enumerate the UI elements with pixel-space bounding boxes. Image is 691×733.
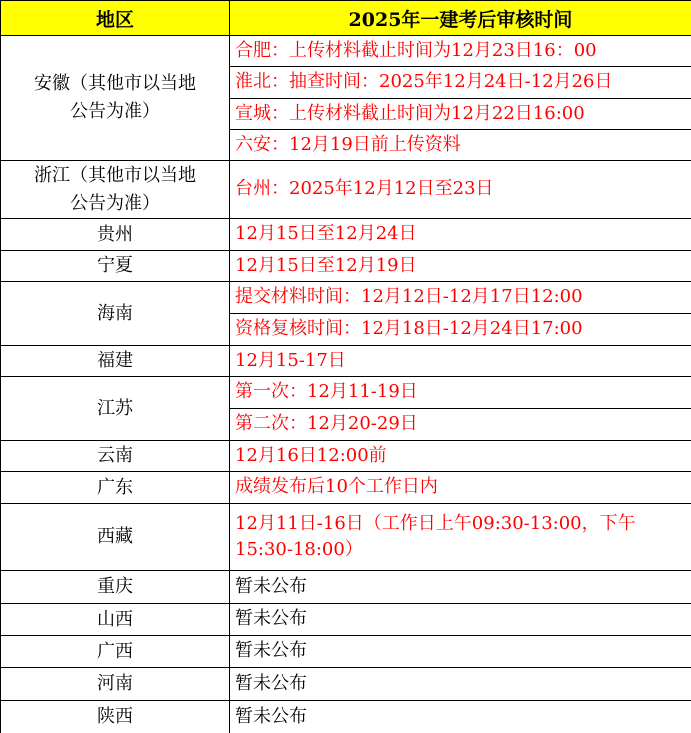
schedule-cell: 提交材料时间：12月12日-12月17日12:00 xyxy=(230,282,691,314)
time-column-header: 2025年一建考后审核时间 xyxy=(230,1,691,36)
table-row: 浙江（其他市以当地 公告为准）台州：2025年12月12日至23日 xyxy=(1,161,691,219)
region-cell: 广东 xyxy=(1,472,230,504)
table-row: 安徽（其他市以当地 公告为准）合肥：上传材料截止时间为12月23日16：00 xyxy=(1,36,691,67)
schedule-cell: 资格复核时间：12月18日-12月24日17:00 xyxy=(230,314,691,346)
schedule-cell: 台州：2025年12月12日至23日 xyxy=(230,161,691,219)
table-row: 山西暂未公布 xyxy=(1,604,691,636)
schedule-cell: 12月15日至12月24日 xyxy=(230,219,691,251)
schedule-cell: 12月11日-16日（工作日上午09:30-13:00，下午15:30-18:0… xyxy=(230,504,691,571)
table-row: 福建12月15-17日 xyxy=(1,346,691,377)
table-row: 陕西暂未公布 xyxy=(1,701,691,733)
review-table-body: 安徽（其他市以当地 公告为准）合肥：上传材料截止时间为12月23日16：00淮北… xyxy=(1,36,691,733)
region-cell: 安徽（其他市以当地 公告为准） xyxy=(1,36,230,161)
table-row: 海南提交材料时间：12月12日-12月17日12:00 xyxy=(1,282,691,314)
schedule-cell: 暂未公布 xyxy=(230,604,691,636)
region-cell: 福建 xyxy=(1,346,230,377)
table-header-row: 地区 2025年一建考后审核时间 xyxy=(1,1,691,36)
schedule-cell: 合肥：上传材料截止时间为12月23日16：00 xyxy=(230,36,691,67)
schedule-cell: 12月15-17日 xyxy=(230,346,691,377)
region-cell: 贵州 xyxy=(1,219,230,251)
schedule-cell: 12月16日12:00前 xyxy=(230,441,691,472)
region-column-header: 地区 xyxy=(1,1,230,36)
table-row: 西藏12月11日-16日（工作日上午09:30-13:00，下午15:30-18… xyxy=(1,504,691,571)
review-schedule-page: 地区 2025年一建考后审核时间 安徽（其他市以当地 公告为准）合肥：上传材料截… xyxy=(0,0,691,733)
schedule-cell: 第二次：12月20-29日 xyxy=(230,409,691,441)
region-cell: 陕西 xyxy=(1,701,230,733)
region-cell: 重庆 xyxy=(1,571,230,604)
region-cell: 浙江（其他市以当地 公告为准） xyxy=(1,161,230,219)
schedule-cell: 暂未公布 xyxy=(230,668,691,701)
region-cell: 海南 xyxy=(1,282,230,346)
schedule-cell: 12月15日至12月19日 xyxy=(230,251,691,282)
table-row: 贵州12月15日至12月24日 xyxy=(1,219,691,251)
schedule-cell: 淮北：抽查时间：2025年12月24日-12月26日 xyxy=(230,67,691,99)
region-cell: 山西 xyxy=(1,604,230,636)
schedule-cell: 六安：12月19日前上传资料 xyxy=(230,130,691,161)
schedule-cell: 暂未公布 xyxy=(230,571,691,604)
table-row: 广西暂未公布 xyxy=(1,636,691,668)
schedule-cell: 暂未公布 xyxy=(230,701,691,733)
schedule-cell: 第一次：12月11-19日 xyxy=(230,377,691,409)
region-cell: 云南 xyxy=(1,441,230,472)
table-row: 广东成绩发布后10个工作日内 xyxy=(1,472,691,504)
region-cell: 宁夏 xyxy=(1,251,230,282)
schedule-cell: 暂未公布 xyxy=(230,636,691,668)
schedule-cell: 宣城：上传材料截止时间为12月22日16:00 xyxy=(230,99,691,130)
table-row: 云南12月16日12:00前 xyxy=(1,441,691,472)
table-row: 宁夏12月15日至12月19日 xyxy=(1,251,691,282)
review-schedule-table: 地区 2025年一建考后审核时间 安徽（其他市以当地 公告为准）合肥：上传材料截… xyxy=(0,0,691,733)
table-row: 江苏第一次：12月11-19日 xyxy=(1,377,691,409)
region-cell: 江苏 xyxy=(1,377,230,441)
schedule-cell: 成绩发布后10个工作日内 xyxy=(230,472,691,504)
region-cell: 广西 xyxy=(1,636,230,668)
table-row: 重庆暂未公布 xyxy=(1,571,691,604)
region-cell: 西藏 xyxy=(1,504,230,571)
table-row: 河南暂未公布 xyxy=(1,668,691,701)
region-cell: 河南 xyxy=(1,668,230,701)
